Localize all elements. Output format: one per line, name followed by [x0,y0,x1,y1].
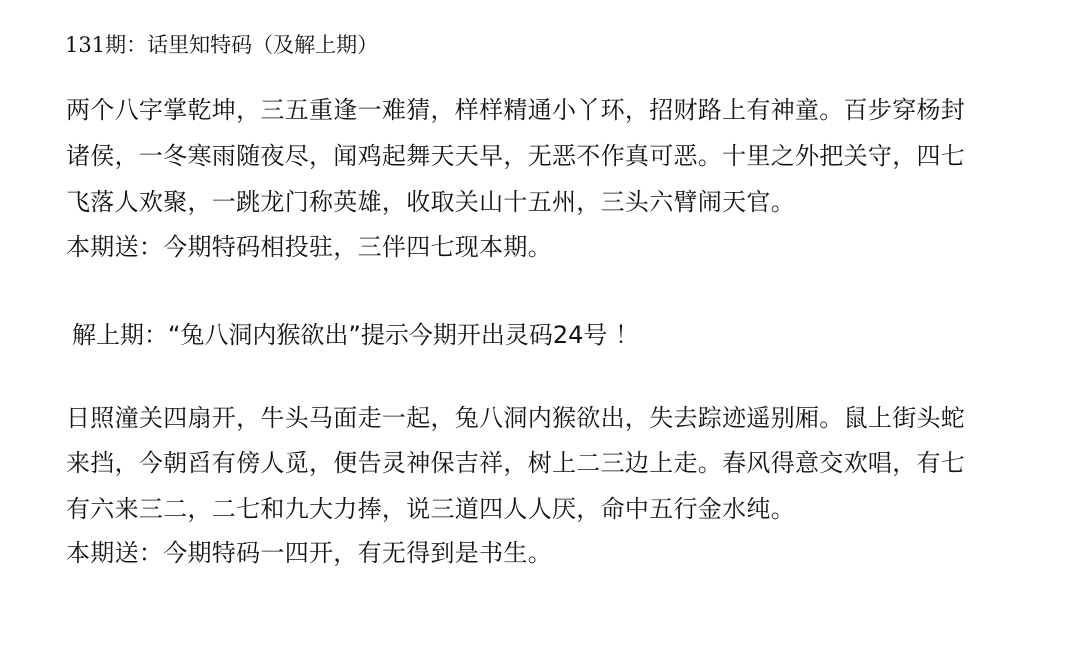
riddle-line: 两个八字掌乾坤，三五重逢一难猜，样样精通小丫环，招财路上有神童。百步穿杨封 [66,98,965,122]
riddle-line: 来挡，今朝舀有傍人觅，便告灵神保吉祥，树上二三边上走。春风得意交欢唱，有七 [66,451,965,475]
riddle-line: 有六来三二，二七和九大力捧，说三道四人人厌，命中五行金水纯。 [66,497,795,521]
gift-line: 本期送：今期特码一四开，有无得到是书生。 [66,541,552,565]
gift-line: 本期送：今期特码相投驻，三伴四七现本期。 [66,235,552,259]
riddle-line: 日照潼关四扇开，牛头马面走一起，兔八洞内猴欲出，失去踪迹遥别厢。鼠上街头蛇 [66,406,965,430]
riddle-line: 飞落人欢聚，一跳龙门称英雄，收取关山十五州，三头六臂闹天官。 [66,190,795,214]
previous-solution-hint: 解上期：“兔八洞内猴欲出”提示今期开出灵码24号 ！ [72,323,639,347]
document-title: 131期：话里知特码（及解上期） [65,35,378,56]
riddle-line: 诸侯，一冬寒雨随夜尽，闻鸡起舞天天早，无恶不作真可恶。十里之外把关守，四七 [66,144,965,168]
